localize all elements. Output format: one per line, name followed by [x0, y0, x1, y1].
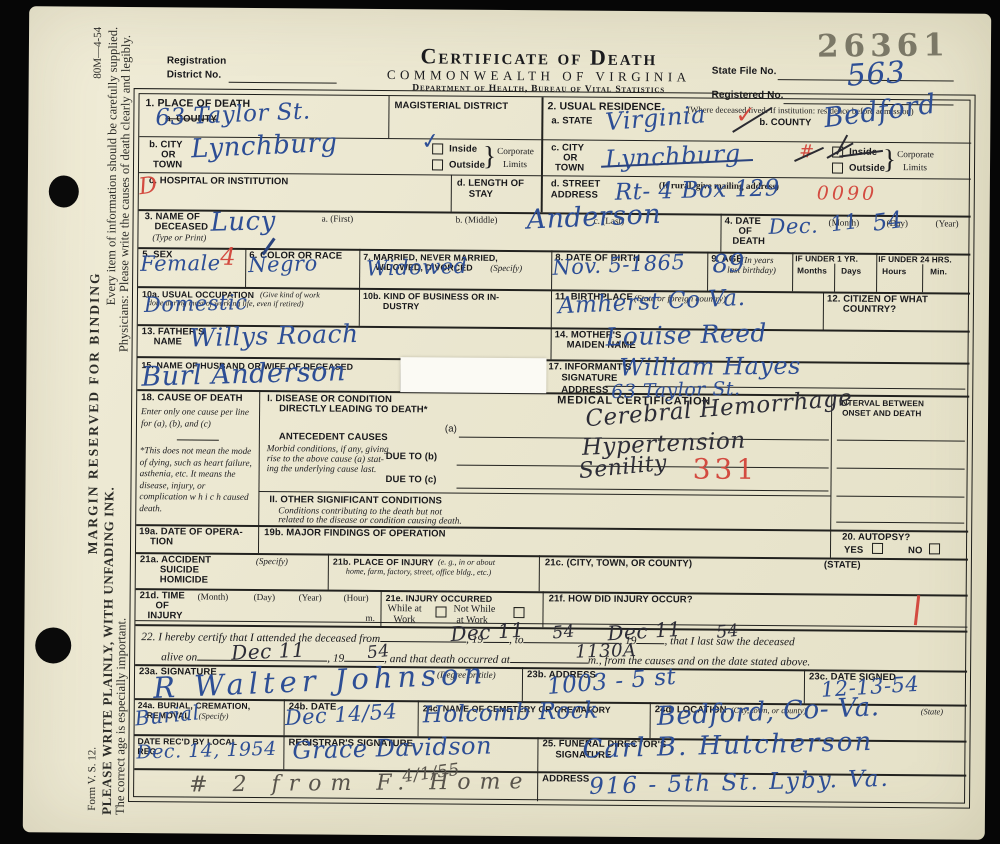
divider	[823, 291, 825, 329]
date-of-death-heading: DEATH	[732, 237, 765, 248]
attended-from-value: Dec 11	[450, 621, 525, 644]
outside-checkbox	[432, 159, 443, 170]
registration-label: Registration	[167, 55, 227, 67]
time-of-injury-label: INJURY	[147, 611, 182, 622]
length-of-stay-label: STAY	[469, 190, 493, 201]
informant-signature-value: William Hayes	[619, 356, 801, 379]
death-day-value: 11	[829, 212, 859, 234]
divider	[792, 252, 794, 291]
marital-value: Widowed	[366, 257, 468, 279]
first-name-label: a. (First)	[322, 214, 354, 225]
red-annotation-4: 4	[220, 247, 236, 269]
outside-label: Outside	[449, 161, 485, 172]
brace-glyph: }	[483, 143, 496, 170]
state-label: a. STATE	[551, 116, 592, 127]
injury-hour-label: (Hour)	[344, 593, 369, 604]
morbid-note: ing the underlying cause last.	[267, 464, 377, 476]
form-grid: 1. PLACE OF DEATH a. COUNTY MAGISTERIAL …	[133, 93, 971, 804]
funeral-address-value: 916 - 5th St. Lyby. Va.	[589, 769, 890, 798]
divider	[836, 522, 964, 524]
district-no-label: District No.	[167, 69, 222, 81]
business-label: DUSTRY	[383, 301, 420, 311]
cause-a-label: (a)	[445, 425, 457, 436]
deceased-heading-note: (Type or Print)	[152, 232, 206, 244]
certificate-paper: Form V. S. 12. MARGIN RESERVED FOR BINDI…	[23, 6, 991, 840]
autopsy-no-label: NO	[908, 546, 923, 557]
divider	[328, 554, 330, 590]
death-month-value: Dec.	[768, 217, 818, 237]
while-at-work-checkbox	[435, 606, 446, 617]
injury-m-label: m.	[365, 613, 375, 624]
attended-to-value: Dec 11	[607, 620, 682, 643]
under-24hrs-label: IF UNDER 24 HRS.	[878, 255, 952, 265]
occupation-value: Domestic	[144, 293, 248, 315]
operation-findings-label: 19b. MAJOR FINDINGS OF OPERATION	[264, 528, 446, 540]
father-name-value: Willys Roach	[189, 323, 359, 350]
pencil-bottom-note: # 2 from F. Home	[189, 772, 531, 795]
alive-on-value: Dec 11	[231, 640, 306, 661]
operation-date-label: TION	[150, 537, 173, 548]
divider	[451, 175, 453, 212]
correct-age-note: The correct age is especially important.	[113, 618, 130, 815]
divider	[537, 771, 539, 801]
divider	[551, 327, 553, 359]
autopsy-yes-checkbox	[872, 543, 883, 554]
state-file-label: State File No.	[712, 66, 777, 78]
corporate-limits-label: Limits	[503, 159, 527, 170]
divider	[922, 264, 923, 292]
injury-city-label: 21c. (CITY, TOWN, OR COUNTY)	[545, 558, 692, 570]
corporate-limits-label: Corporate	[497, 146, 534, 157]
divider	[359, 249, 361, 288]
magisterial-district-label: MAGISTERIAL DISTRICT	[394, 101, 508, 113]
red-ink-mark	[914, 595, 920, 625]
divider	[837, 468, 965, 470]
father-label: NAME	[154, 337, 182, 348]
hole-punch	[35, 627, 71, 663]
divider	[720, 214, 722, 252]
autopsy-no-checkbox	[929, 543, 940, 554]
middle-name-label: b. (Middle)	[456, 215, 498, 226]
sex-value: Female	[140, 254, 221, 274]
hours-label: Hours	[882, 267, 906, 277]
injury-state-label: (STATE)	[824, 560, 861, 571]
registrar-signature-value: Grace Davidson	[292, 735, 492, 762]
physician-address-value: 1003 - 5 st	[546, 667, 677, 698]
min-label: Min.	[930, 267, 947, 277]
burial-location-value: Bedford, Co- Va.	[656, 696, 880, 729]
county-label: b. COUNTY	[759, 118, 811, 129]
divider	[834, 264, 835, 292]
injury-day-label: (Day)	[254, 592, 276, 603]
injury-year-label: (Year)	[299, 592, 322, 603]
registered-no-value: 563	[846, 59, 906, 90]
physicians-note: Physicians: Please write the causes of d…	[117, 35, 134, 352]
year-label: (Year)	[936, 218, 959, 229]
informant-label: SIGNATURE	[561, 373, 617, 384]
street-address-label: ADDRESS	[551, 190, 598, 201]
not-while-at-work-checkbox	[513, 607, 524, 618]
cause-c-value: Senility	[578, 454, 668, 482]
divider	[541, 97, 544, 212]
cemetery-value: Holcomb Rock	[422, 701, 598, 726]
divider	[258, 390, 261, 553]
interval-label: ONSET AND DEATH	[842, 409, 921, 419]
first-name-value: Lucy	[210, 210, 276, 235]
disease-condition-label: DIRECTLY LEADING TO DEATH*	[279, 404, 428, 416]
attended-to-year: 54	[716, 624, 740, 641]
outside-label: Outside	[849, 164, 885, 175]
due-to-c-label: DUE TO (c)	[386, 475, 437, 486]
divider	[541, 139, 971, 144]
birthplace-value: Amherst Co Va.	[558, 288, 746, 317]
divider	[456, 488, 828, 492]
place-city-value: Lynchburg	[191, 132, 338, 162]
city-or-town-label: TOWN	[555, 163, 584, 174]
hospital-label: c. HOSPITAL OR INSTITUTION	[149, 176, 289, 188]
divider	[229, 82, 337, 84]
redaction-box	[400, 357, 546, 393]
cause-footnote: *This does not mean the mode of dying, s…	[139, 445, 256, 515]
check-mark: ✓	[420, 131, 441, 153]
divider	[388, 96, 390, 138]
divider	[380, 590, 382, 626]
citizen-label: COUNTRY?	[843, 305, 896, 316]
certify-text: alive on	[161, 651, 197, 663]
place-street-value: 63 Taylor St.	[155, 101, 311, 129]
antecedent-causes-label: ANTECEDENT CAUSES	[279, 432, 388, 444]
death-year-value: 54	[871, 210, 904, 234]
corporate-limits-label: Corporate	[897, 149, 934, 160]
date-recd-value: Dec. 14, 1954	[136, 741, 277, 762]
divider	[359, 288, 361, 326]
due-to-b-label: DUE TO (b)	[386, 452, 438, 463]
while-at-work-label: Work	[393, 614, 415, 626]
divider	[177, 439, 219, 440]
brace-glyph: }	[883, 146, 896, 173]
department-line: Department of Health, Bureau of Vital St…	[329, 83, 749, 96]
divider	[537, 737, 539, 771]
stock-code: 80M—4-54	[92, 27, 104, 79]
marital-specify-note: (Specify)	[490, 263, 522, 275]
hole-punch	[49, 175, 79, 207]
mother-name-value: Louise Reed	[605, 322, 767, 349]
accident-label: HOMICIDE	[160, 575, 208, 586]
spouse-name-value: Burl Anderson	[141, 360, 346, 390]
injury-month-label: (Month)	[198, 592, 229, 603]
divider	[707, 252, 709, 291]
months-label: Months	[797, 266, 827, 276]
red-code-0090: 0090	[817, 185, 877, 203]
burial-date-value: Dec 14/54	[284, 702, 398, 728]
form-number: Form V. S. 12.	[86, 747, 99, 811]
red-annotation-d: D	[138, 175, 160, 198]
divider	[245, 248, 247, 287]
days-label: Days	[841, 267, 861, 277]
inside-label: Inside	[449, 145, 477, 156]
divider	[283, 735, 285, 769]
funeral-director-signature-value: Carl B. Hutcherson	[582, 731, 873, 762]
funeral-address-label: ADDRESS	[542, 774, 589, 785]
alive-on-year: 54	[367, 644, 391, 661]
age-value: 89	[712, 252, 746, 276]
under-1yr-label: IF UNDER 1 YR.	[795, 254, 858, 264]
burial-state-note: (State)	[921, 707, 943, 718]
death-time-value: 1130A	[575, 643, 637, 661]
residence-state-value: Virginia	[605, 104, 707, 134]
cause-of-death-heading: 18. CAUSE OF DEATH	[141, 393, 242, 405]
place-of-injury-note: home, farm, factory, street, office bldg…	[346, 567, 492, 578]
divider	[542, 591, 544, 627]
burial-value: Burial	[134, 703, 200, 727]
divider	[836, 496, 964, 498]
divider	[837, 440, 965, 442]
race-value: Negro	[248, 254, 318, 275]
outside-checkbox	[832, 163, 843, 174]
cause-enter-note: Enter only one cause per line for (a), (…	[141, 406, 254, 430]
divider	[418, 700, 420, 736]
residence-county-value: Bedford	[822, 93, 937, 132]
autopsy-yes-label: YES	[844, 546, 863, 557]
accident-specify-note: (Specify)	[256, 556, 288, 568]
corporate-limits-label: Limits	[903, 162, 927, 173]
divider	[551, 289, 553, 327]
city-or-town-label: TOWN	[153, 160, 182, 171]
how-injury-occur-label: 21f. HOW DID INJURY OCCUR?	[549, 594, 693, 606]
divider	[522, 667, 524, 701]
burial-specify-note: (Specify)	[199, 712, 229, 723]
other-conditions-note: related to the disease or condition caus…	[278, 515, 462, 528]
red-code-331: 331	[693, 456, 759, 482]
date-of-birth-value: Nov. 5-1865	[552, 253, 686, 278]
divider	[539, 555, 541, 591]
divider	[830, 395, 833, 558]
last-name-value: Anderson	[526, 203, 662, 233]
scanned-death-certificate: Form V. S. 12. MARGIN RESERVED FOR BINDI…	[0, 0, 1000, 844]
attended-from-year: 54	[552, 624, 576, 641]
